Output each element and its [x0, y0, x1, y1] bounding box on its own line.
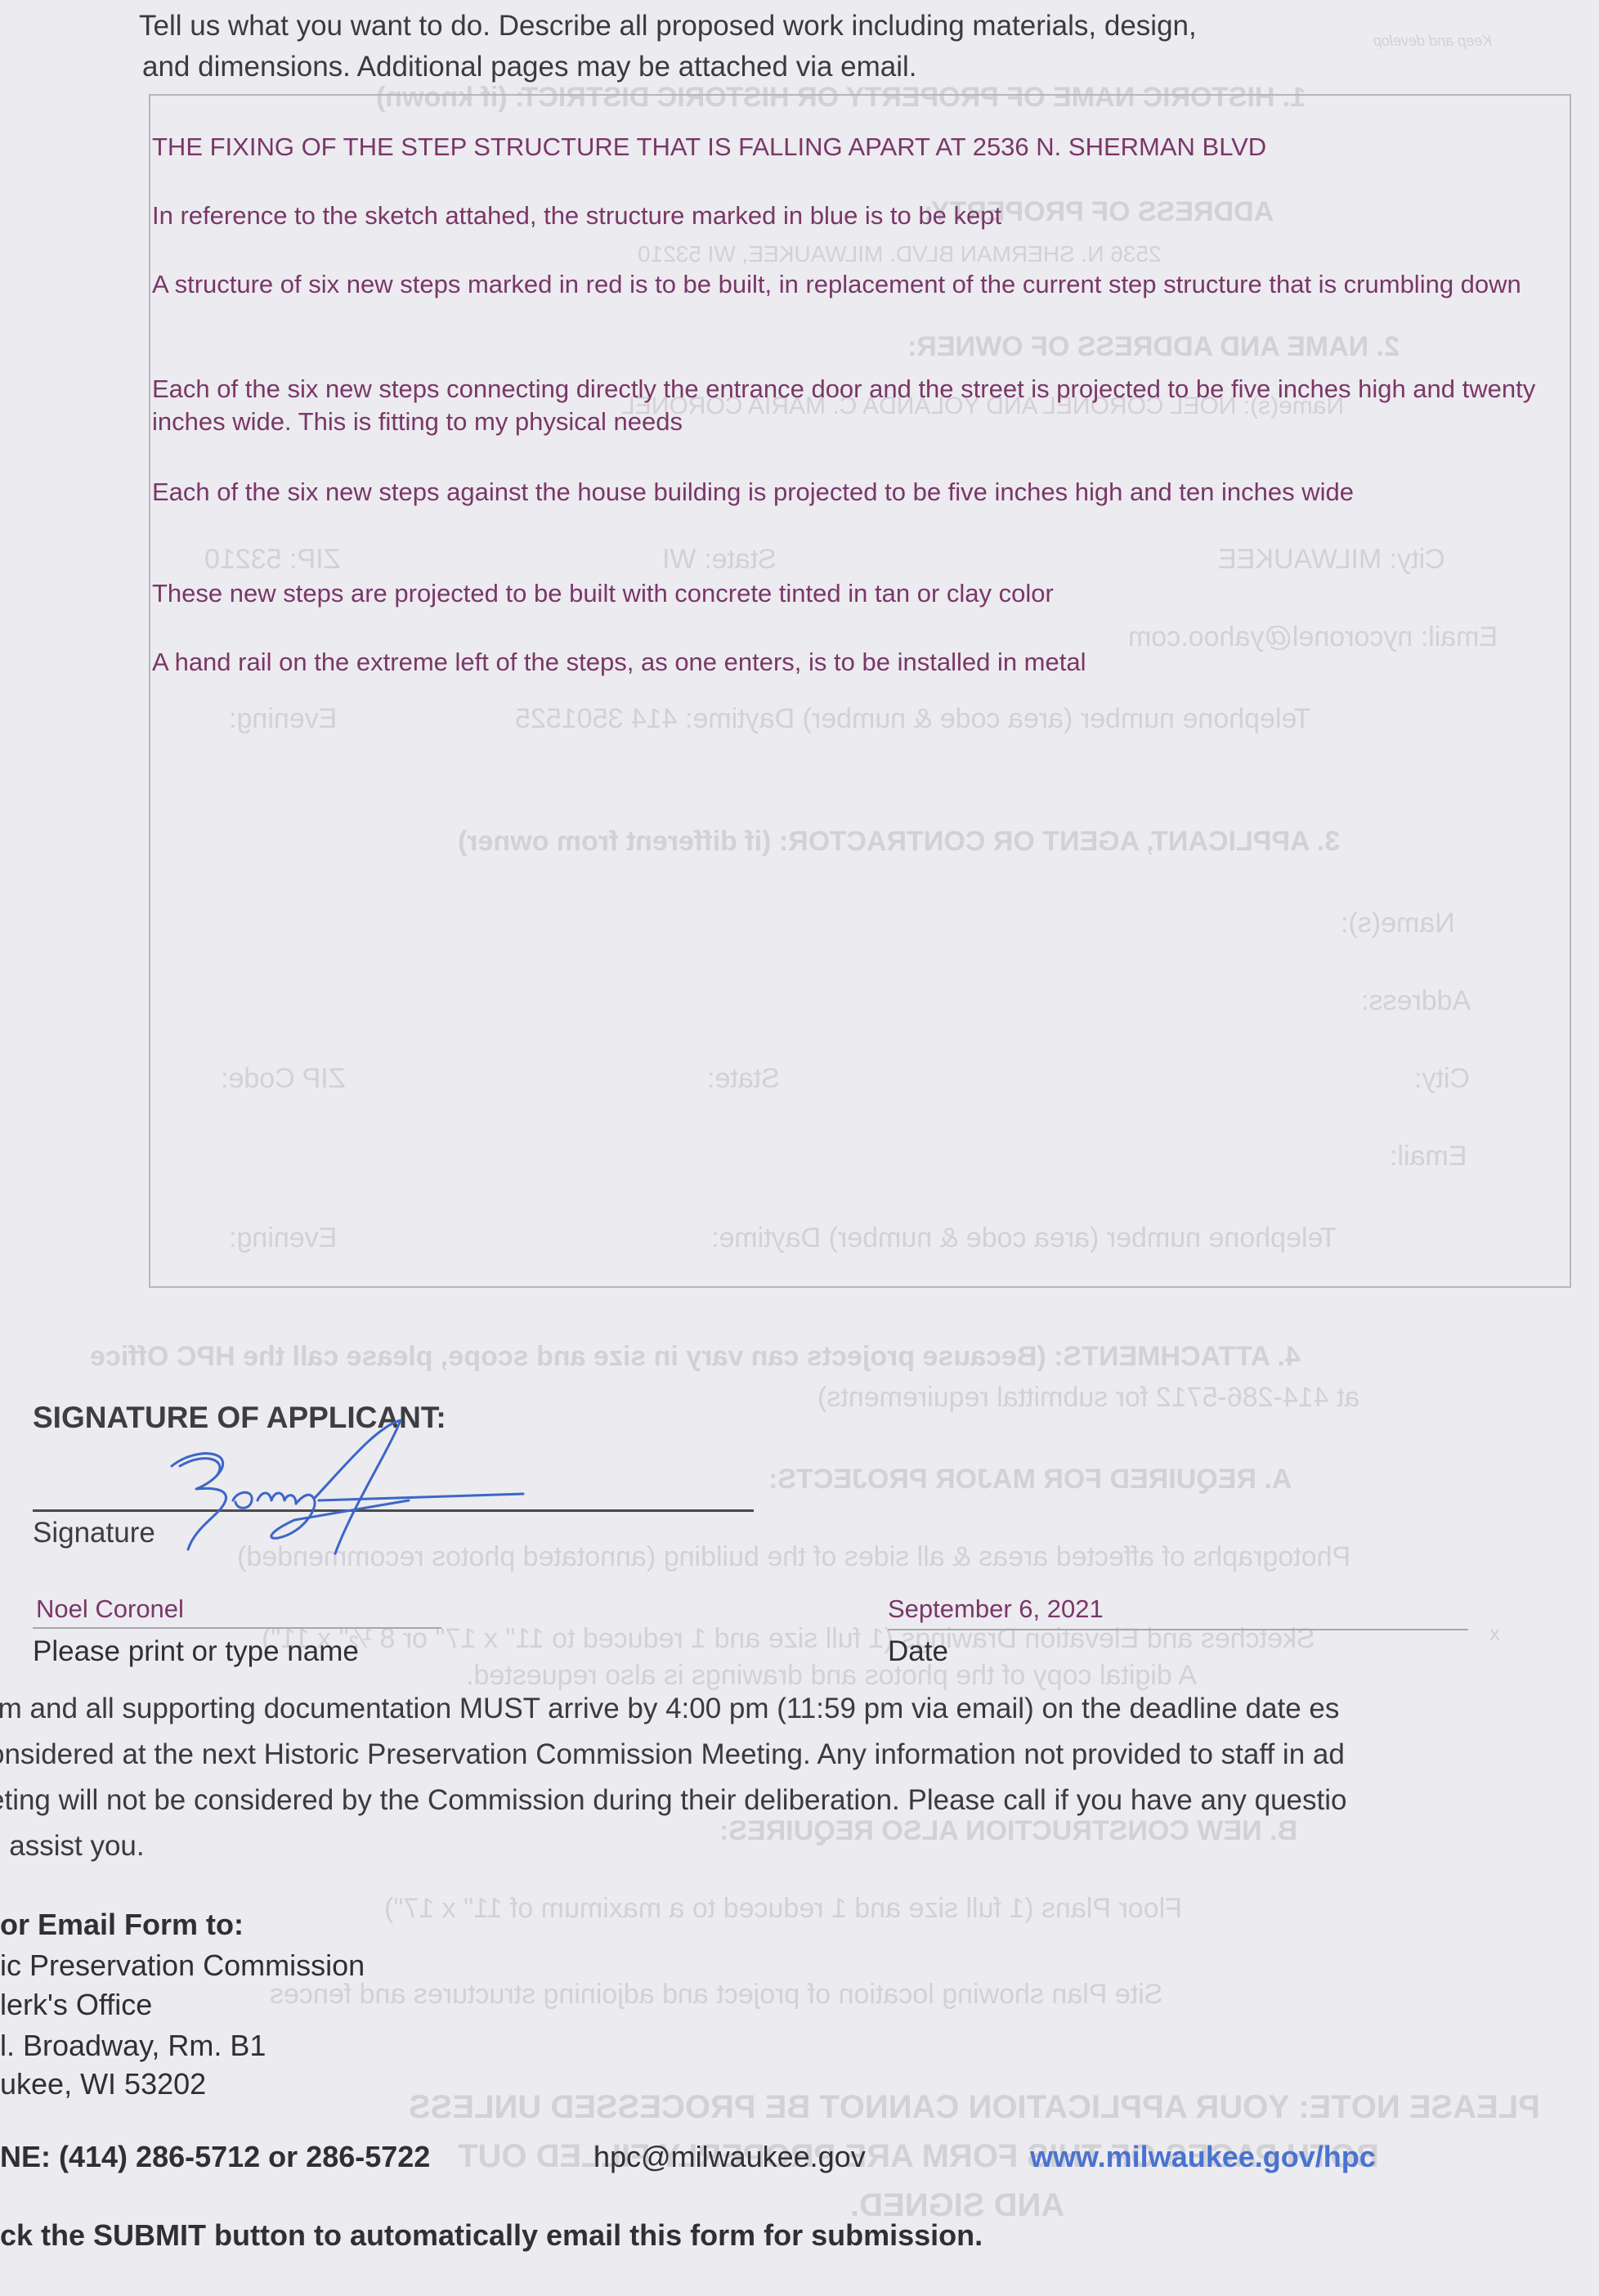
description-entry-1: THE FIXING OF THE STEP STRUCTURE THAT IS… [152, 131, 1558, 164]
bleed-section-4: 4. ATTACHMENTS: (Because projects can va… [90, 1341, 1301, 1373]
bleed-section-a: A. REQUIRED FOR MAJOR PROJECTS: [768, 1464, 1292, 1496]
bleed-please-note: PLEASE NOTE: YOUR APPLICATION CANNOT BE … [409, 2089, 1540, 2126]
notice-line-1: rm and all supporting documentation MUST… [0, 1686, 1339, 1732]
description-entry-2: In reference to the sketch attahed, the … [152, 200, 1558, 232]
date-value[interactable]: September 6, 2021 [888, 1594, 1104, 1624]
signature-ink-icon [155, 1419, 531, 1558]
description-entry-7: A hand rail on the extreme left of the s… [152, 646, 1558, 679]
notice-line-4: ll assist you. [0, 1823, 145, 1869]
notice-line-3: eting will not be considered by the Comm… [0, 1778, 1347, 1823]
instructions-line-1: Tell us what you want to do. Describe al… [139, 10, 1197, 43]
mailing-line-2: lerk's Office [0, 1988, 152, 2022]
mailing-line-3: l. Broadway, Rm. B1 [0, 2029, 266, 2063]
instructions-line-2: and dimensions. Additional pages may be … [142, 51, 917, 83]
bleed-site: Site Plan showing location of project an… [270, 1979, 1162, 2011]
bleed-keep-develop: Keep and develop [1373, 33, 1492, 50]
bleed-section-4b: at 414-286-5712 for submittal requiremen… [817, 1382, 1359, 1414]
website-link[interactable]: www.milwaukee.gov/hpc [1030, 2140, 1376, 2174]
mailing-heading: or Email Form to: [0, 1908, 244, 1942]
signature-label: Signature [33, 1517, 155, 1549]
notice-line-2: onsidered at the next Historic Preservat… [0, 1732, 1345, 1778]
submit-instruction: ck the SUBMIT button to automatically em… [0, 2218, 983, 2253]
description-entry-5: Each of the six new steps against the ho… [152, 476, 1558, 509]
contact-email-link[interactable]: hpc@milwaukee.gov [593, 2140, 866, 2174]
contact-phone: NE: (414) 286-5712 or 286-5722 [0, 2140, 430, 2174]
printed-name-value[interactable]: Noel Coronel [36, 1594, 184, 1624]
bleed-floor: Floor Plans (1 full size and 1 reduced t… [384, 1893, 1182, 1925]
date-label: Date [888, 1635, 948, 1668]
description-entry-3: A structure of six new steps marked in r… [152, 268, 1558, 301]
date-line [888, 1629, 1468, 1630]
description-entry-4: Each of the six new steps connecting dir… [152, 373, 1558, 438]
mailing-line-4: ukee, WI 53202 [0, 2067, 206, 2101]
printed-name-line [33, 1627, 441, 1629]
bleed-check-x: x [1489, 1621, 1500, 1646]
description-entry-6: These new steps are projected to be buil… [152, 577, 1558, 610]
printed-name-label: Please print or type name [33, 1635, 359, 1668]
mailing-line-1: ic Preservation Commission [0, 1948, 365, 1983]
